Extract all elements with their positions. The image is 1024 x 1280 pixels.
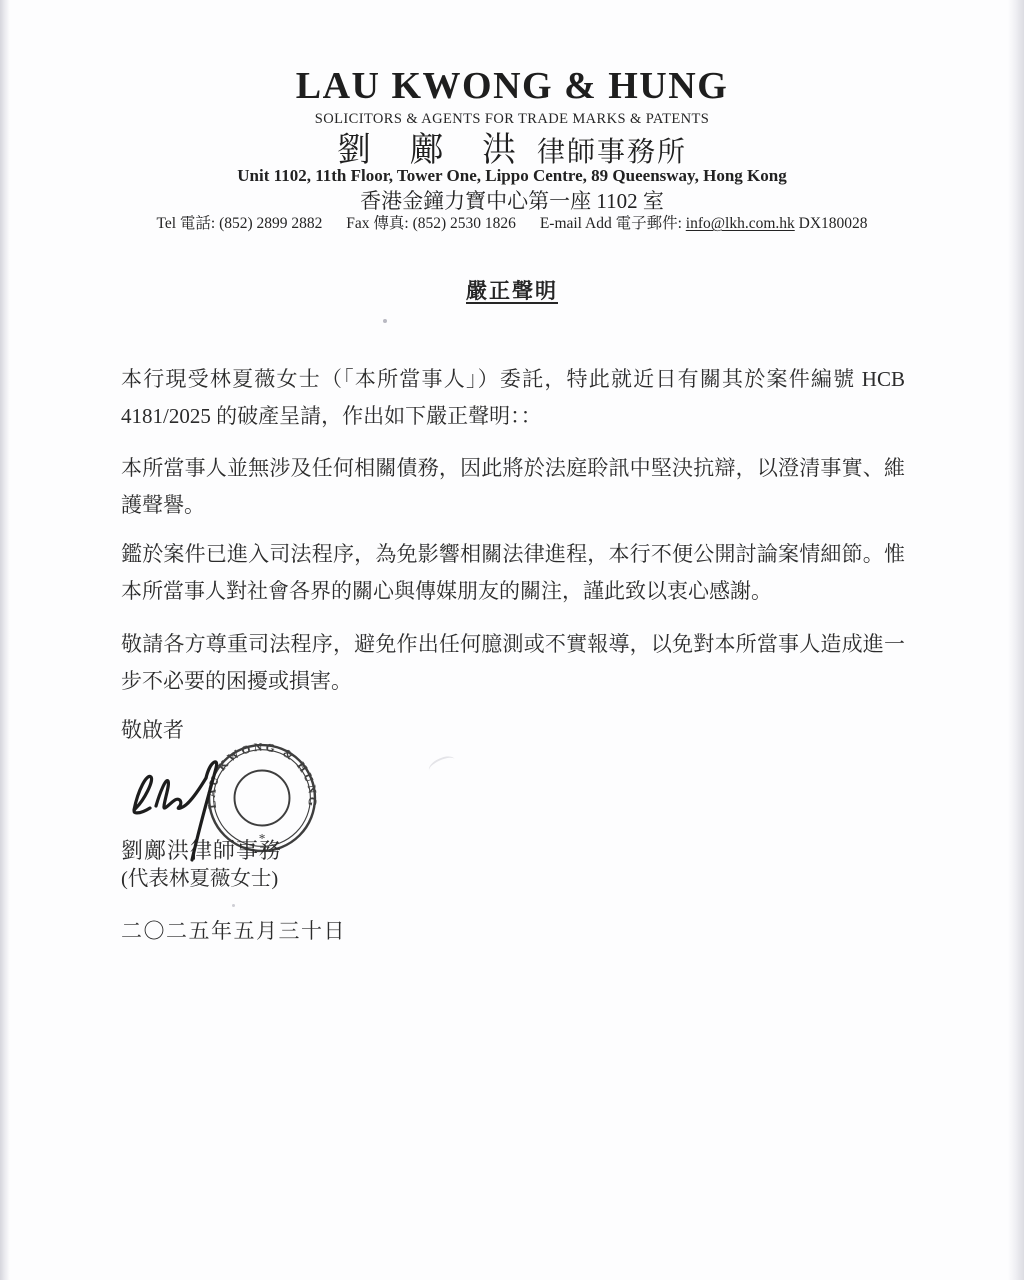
- scan-smudge: [426, 753, 457, 777]
- statement-paragraph-4: 敬請各方尊重司法程序，避免作出任何臆測或不實報導，以免對本所當事人造成進一步不必…: [121, 626, 905, 700]
- fax-number: Fax 傳真: (852) 2530 1826: [346, 215, 516, 232]
- statement-paragraph-3: 鑑於案件已進入司法程序，為免影響相關法律進程，本行不便公開討論案情細節。惟本所當…: [121, 536, 905, 610]
- statement-title: 嚴正聲明: [0, 275, 1024, 305]
- letter-date: 二〇二五年五月三十日: [121, 915, 346, 945]
- scan-speck: [383, 319, 387, 323]
- scan-speck: [232, 904, 235, 907]
- firm-name-english: LAU KWONG & HUNG: [0, 64, 1024, 108]
- statement-paragraph-2: 本所當事人並無涉及任何相關債務，因此將於法庭聆訊中堅決抗辯，以澄清事實、維護聲譽…: [121, 450, 905, 524]
- firm-name-chinese-main: 劉 鄺 洪: [337, 132, 531, 169]
- statement-paragraph-1: 本行現受林夏薇女士（「本所當事人」）委託，特此就近日有關其於案件編號 HCB 4…: [121, 361, 905, 435]
- contact-line: Tel 電話: (852) 2899 2882 Fax 傳真: (852) 25…: [0, 211, 1024, 233]
- firm-name-chinese: 劉 鄺 洪 律師事務所: [0, 122, 1024, 171]
- email-label: E-mail Add 電子郵件:: [540, 215, 682, 232]
- dx-number: DX180028: [799, 215, 868, 232]
- address-english: Unit 1102, 11th Floor, Tower One, Lippo …: [0, 166, 1024, 186]
- telephone-number: Tel 電話: (852) 2899 2882: [156, 215, 322, 232]
- scanned-letter-page: LAU KWONG & HUNG SOLICITORS & AGENTS FOR…: [0, 0, 1024, 1280]
- email-address: info@lkh.com.hk: [686, 215, 795, 232]
- salutation: 敬啟者: [121, 714, 184, 744]
- email-segment: E-mail Add 電子郵件: info@lkh.com.hk DX18002…: [540, 215, 868, 232]
- handwritten-signature: [120, 748, 270, 866]
- firm-name-chinese-suffix: 律師事務所: [537, 137, 687, 168]
